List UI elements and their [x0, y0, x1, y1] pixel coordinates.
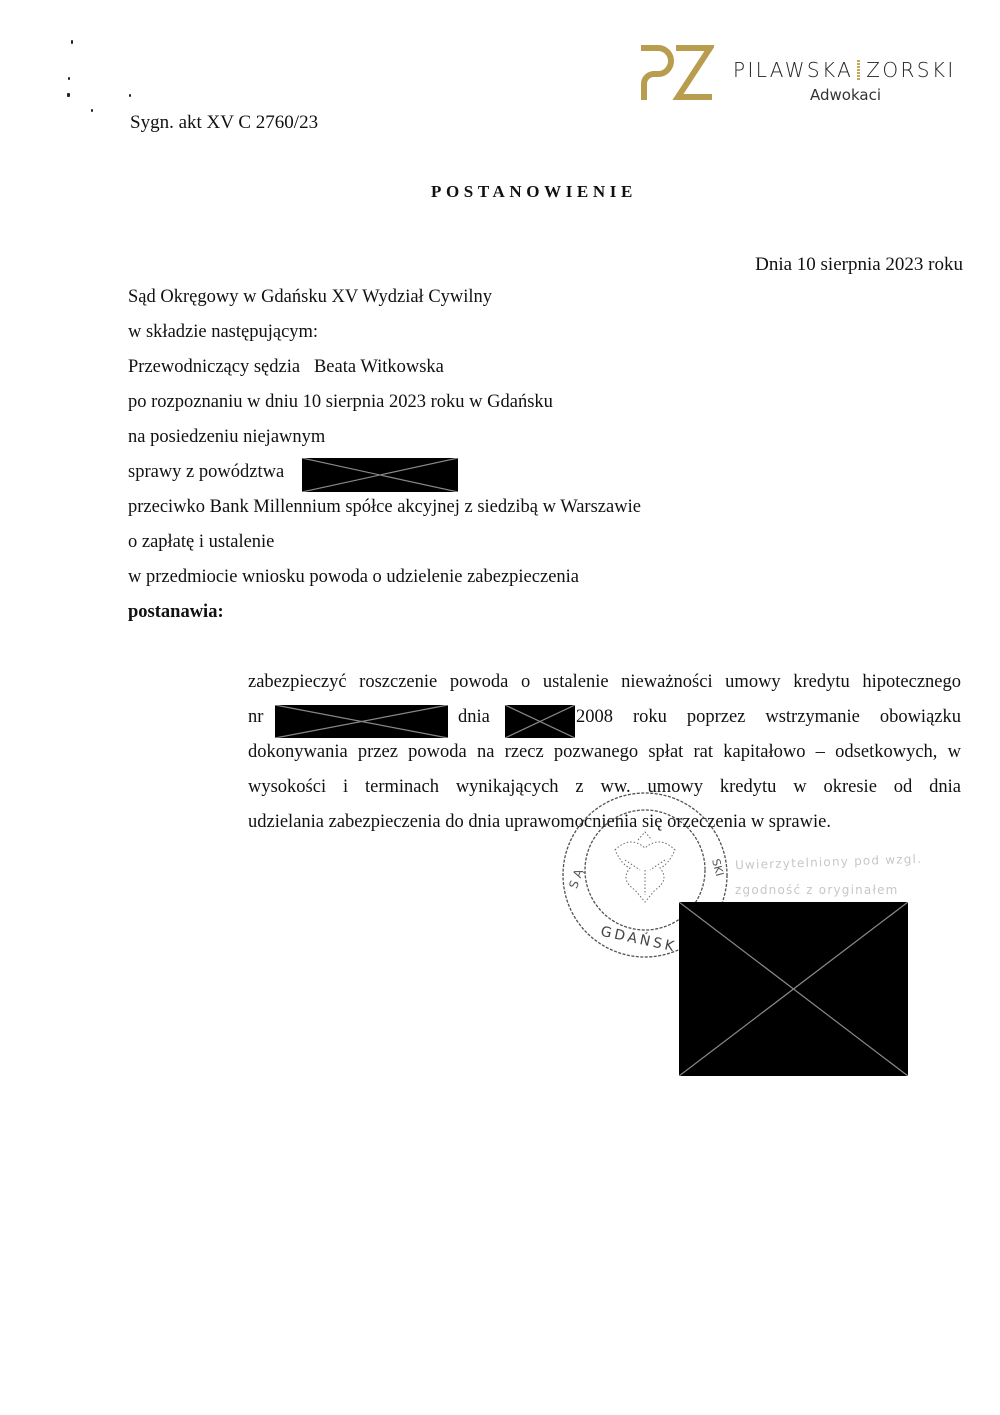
court-name: Sąd Okręgowy w Gdańsku XV Wydział Cywiln… [128, 287, 492, 308]
ruling-line-3: dokonywania przez powoda na rzecz pozwan… [248, 735, 961, 770]
scan-speck [71, 40, 73, 44]
logo-separator [857, 60, 860, 80]
logo-name-left: PILAWSKA [733, 58, 853, 82]
case-signature: Sygn. akt XV C 2760/23 [130, 112, 318, 134]
hearing-details: po rozpoznaniu w dniu 10 sierpnia 2023 r… [128, 392, 553, 413]
claim-subject: o zapłatę i ustalenie [128, 532, 274, 553]
logo-name-right: ZORSKI [866, 58, 955, 82]
pz-monogram-icon [638, 42, 714, 102]
document-date: Dnia 10 sierpnia 2023 roku [755, 254, 963, 276]
motion-subject: w przedmiocie wniosku powoda o udzieleni… [128, 567, 579, 588]
scan-speck [67, 93, 70, 97]
document-title: POSTANOWIENIE [431, 182, 637, 202]
svg-text:SKI: SKI [709, 857, 726, 877]
redaction-cross-icon [505, 705, 575, 738]
scan-speck [129, 94, 131, 97]
redacted-agreement-date [505, 705, 575, 738]
redaction-cross-icon [679, 902, 908, 1076]
ruling-nr-label: nr [248, 707, 263, 728]
redacted-agreement-number [275, 705, 448, 738]
redaction-cross-icon [302, 458, 458, 492]
svg-text:S Ą: S Ą [566, 866, 586, 890]
certification-note-line-2: zgodność z oryginałem [735, 883, 899, 897]
scan-speck [68, 77, 70, 80]
redacted-signature-block [679, 902, 908, 1076]
presiding-judge: Przewodniczący sędzia Beata Witkowska [128, 357, 444, 378]
redaction-cross-icon [275, 705, 448, 738]
panel-composition: w składzie następującym: [128, 322, 318, 343]
scan-speck [91, 109, 93, 112]
session-type: na posiedzeniu niejawnym [128, 427, 325, 448]
certification-note-line-1: Uwierzytelniony pod wzgl. [735, 852, 923, 873]
ruling-line-1: zabezpieczyć roszczenie powoda o ustalen… [248, 665, 961, 700]
ruling-line-2-suffix: 2008 roku poprzez wstrzymanie obowiązku [576, 707, 961, 728]
defendant-line: przeciwko Bank Millennium spółce akcyjne… [128, 497, 641, 518]
eagle-emblem-icon [615, 832, 675, 902]
ruling-date-label: dnia [458, 707, 490, 728]
decision-keyword: postanawia: [128, 602, 224, 623]
logo-firm-name: PILAWSKAZORSKI [733, 58, 956, 82]
plaintiff-line: sprawy z powództwa [128, 462, 284, 483]
logo-subtitle: Adwokaci [810, 86, 881, 104]
redacted-plaintiff-name [302, 458, 458, 492]
stamp-city-text: GDAŃSK [599, 922, 679, 956]
